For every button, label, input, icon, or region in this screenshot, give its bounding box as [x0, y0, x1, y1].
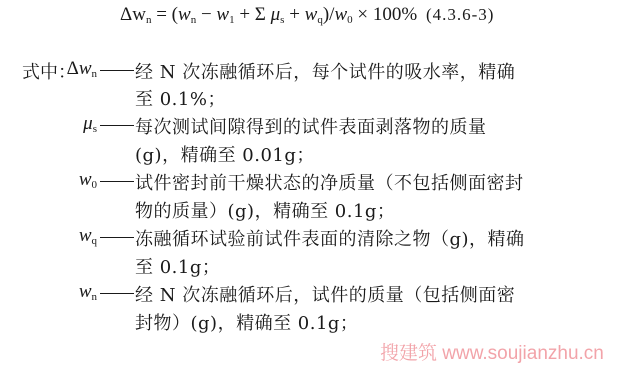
definition-text: 经 N 次冻融循环后，试件的质量（包括侧面密	[135, 281, 515, 307]
em-dash	[100, 70, 134, 71]
definition-row: μs 每次测试间隙得到的试件表面剥落物的质量	[0, 113, 632, 141]
definition-text: 冻融循环试验前试件表面的清除之物（g)，精确	[135, 225, 525, 251]
definition-row: wn 经 N 次冻融循环后，试件的质量（包括侧面密	[0, 281, 632, 309]
definition-symbol: w0	[79, 169, 97, 191]
formula-part: + Σ	[235, 4, 271, 25]
definition-text: 试件密封前干燥状态的净质量（不包括侧面密封	[135, 169, 524, 195]
definition-text: 至 0.1%；	[135, 85, 226, 111]
definition-text: 至 0.1g；	[135, 253, 220, 279]
definition-symbol: Δwn	[67, 58, 97, 80]
definition-symbol: wq	[79, 225, 97, 247]
definition-row: w0 试件密封前干燥状态的净质量（不包括侧面密封	[0, 169, 632, 197]
formula-part: w	[305, 4, 318, 25]
formula-part: +	[284, 4, 304, 25]
equation-number: (4.3.6-3)	[426, 5, 494, 24]
formula-part: −	[196, 4, 216, 25]
em-dash	[100, 125, 134, 126]
definition-row-continued: (g)，精确至 0.01g；	[0, 141, 632, 169]
definition-row-continued: 物的质量）(g)，精确至 0.1g；	[0, 197, 632, 225]
definition-text: 物的质量）(g)，精确至 0.1g；	[135, 197, 395, 223]
em-dash	[100, 293, 134, 294]
definition-row-continued: 至 0.1%；	[0, 85, 632, 113]
formula-part: w	[334, 4, 347, 25]
em-dash	[100, 181, 134, 182]
definition-row: 式中： Δwn 经 N 次冻融循环后，每个试件的吸水率，精确	[0, 58, 632, 86]
formula-lhs: Δwn	[120, 4, 151, 25]
definition-text: 经 N 次冻融循环后，每个试件的吸水率，精确	[135, 58, 515, 84]
formula-part: w	[216, 4, 229, 25]
formula: Δwn = (wn − w1 + Σ μs + wq)/w0 × 100% (4…	[120, 4, 494, 26]
definition-row-continued: 封物）(g)，精确至 0.1g；	[0, 309, 632, 337]
definition-symbol: wn	[79, 281, 97, 303]
watermark: 搜建筑 www.soujianzhu.cn	[380, 338, 604, 365]
definition-symbol: μs	[83, 113, 97, 135]
definition-text: 封物）(g)，精确至 0.1g；	[135, 309, 358, 335]
formula-part: × 100%	[353, 4, 418, 25]
definition-text: 每次测试间隙得到的试件表面剥落物的质量	[135, 113, 487, 139]
definition-text: (g)，精确至 0.01g；	[135, 141, 315, 167]
definition-row: wq 冻融循环试验前试件表面的清除之物（g)，精确	[0, 225, 632, 253]
formula-part: μ	[271, 4, 281, 25]
formula-part: )/	[323, 4, 335, 25]
definition-row-continued: 至 0.1g；	[0, 253, 632, 281]
formula-part: = (	[156, 4, 178, 25]
formula-part: w	[178, 4, 191, 25]
em-dash	[100, 237, 134, 238]
